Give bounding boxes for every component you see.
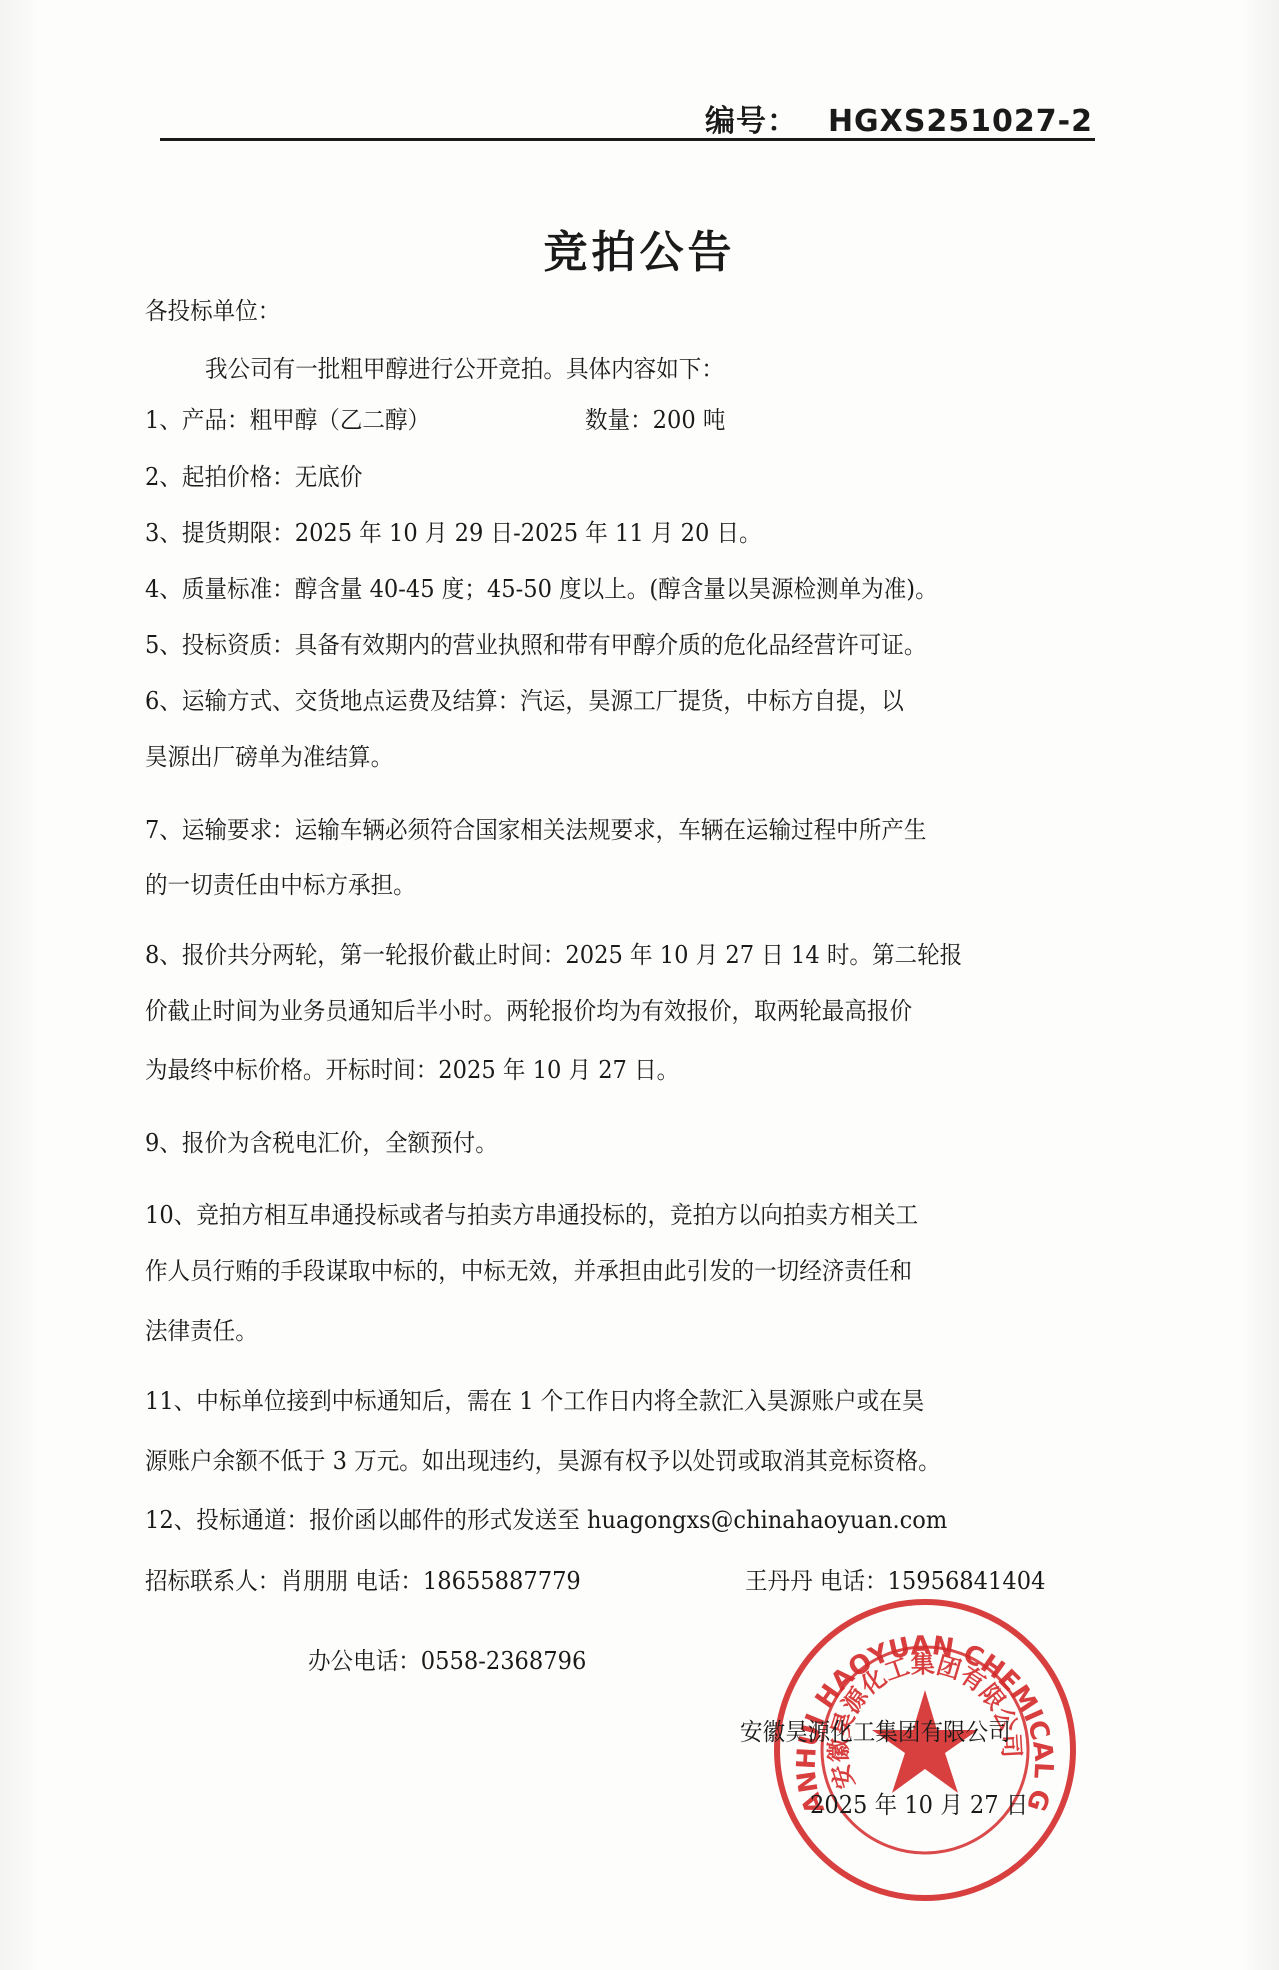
item-10-line2: 作人员行贿的手段谋取中标的，中标无效，并承担由此引发的一切经济责任和 <box>145 1256 912 1286</box>
salutation: 各投标单位： <box>145 296 280 326</box>
item-8-line2: 价截止时间为业务员通知后半小时。两轮报价均为有效报价，取两轮最高报价 <box>145 996 912 1026</box>
intro: 我公司有一批粗甲醇进行公开竞拍。具体内容如下： <box>205 354 724 384</box>
item-10-line1: 10、竞拍方相互串通投标或者与拍卖方串通投标的，竞拍方以向拍卖方相关工 <box>145 1200 918 1230</box>
item-1: 1、产品：粗甲醇（乙二醇） <box>145 405 430 435</box>
item-6-line2: 昊源出厂磅单为准结算。 <box>145 742 393 772</box>
item-7-line2: 的一切责任由中标方承担。 <box>145 870 416 900</box>
company-seal-icon: ANHUI HAOYUAN CHEMICAL GROUP CO.,LTD 安徽昊… <box>770 1595 1080 1905</box>
item-2: 2、起拍价格：无底价 <box>145 462 362 492</box>
header-rule <box>160 138 1095 141</box>
contact-1: 招标联系人：肖朋朋 电话：18655887779 <box>145 1566 581 1596</box>
item-8-line1: 8、报价共分两轮，第一轮报价截止时间：2025 年 10 月 27 日 14 时… <box>145 940 962 970</box>
item-9: 9、报价为含税电汇价，全额预付。 <box>145 1128 498 1158</box>
signature-company: 安徽昊源化工集团有限公司 <box>740 1717 1011 1747</box>
item-6-line1: 6、运输方式、交货地点运费及结算：汽运，昊源工厂提货，中标方自提，以 <box>145 686 904 716</box>
item-1-quantity: 数量：200 吨 <box>585 405 725 435</box>
item-10-line3: 法律责任。 <box>145 1316 258 1346</box>
item-4: 4、质量标准：醇含量 40-45 度；45-50 度以上。(醇含量以昊源检测单为… <box>145 574 938 604</box>
doc-number: 编号：HGXS251027-2 <box>705 96 1093 140</box>
item-5: 5、投标资质：具备有效期内的营业执照和带有甲醇介质的危化品经营许可证。 <box>145 630 926 660</box>
doc-number-value: HGXS251027-2 <box>828 104 1093 139</box>
item-11-line1: 11、中标单位接到中标通知后，需在 1 个工作日内将全款汇入昊源账户或在昊 <box>145 1386 924 1416</box>
item-12: 12、投标通道：报价函以邮件的形式发送至 huagongxs@chinahaoy… <box>145 1505 947 1535</box>
document-page: 编号：HGXS251027-2 竞拍公告 各投标单位： 我公司有一批粗甲醇进行公… <box>0 0 1279 1970</box>
office-phone: 办公电话：0558-2368796 <box>308 1646 586 1676</box>
page-title: 竞拍公告 <box>0 216 1279 280</box>
signature-date: 2025 年 10 月 27 日 <box>810 1790 1028 1820</box>
item-3: 3、提货期限：2025 年 10 月 29 日-2025 年 11 月 20 日… <box>145 518 762 548</box>
item-8-line3: 为最终中标价格。开标时间：2025 年 10 月 27 日。 <box>145 1055 679 1085</box>
item-7-line1: 7、运输要求：运输车辆必须符合国家相关法规要求，车辆在运输过程中所产生 <box>145 815 926 845</box>
contact-2: 王丹丹 电话：15956841404 <box>745 1566 1045 1596</box>
item-11-line2: 源账户余额不低于 3 万元。如出现违约，昊源有权予以处罚或取消其竞标资格。 <box>145 1446 941 1476</box>
doc-number-label: 编号： <box>705 104 798 139</box>
